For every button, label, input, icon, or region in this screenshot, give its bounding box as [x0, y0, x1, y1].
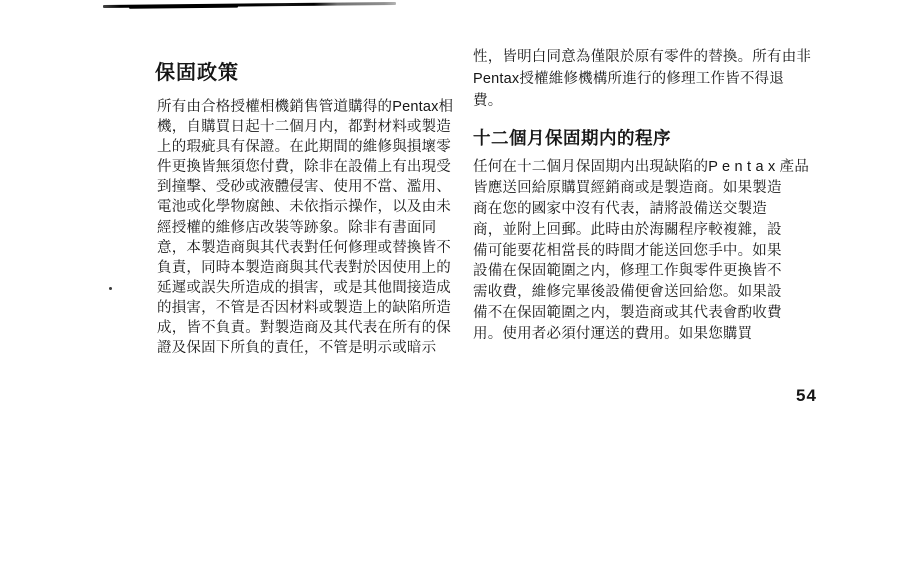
- twelve-month-procedure-paragraph: 任何在十二個月保固期内出現缺陷的P e n t a x 產品皆應送回給原購買經銷…: [473, 157, 809, 345]
- text-line: 意，本製造商與其代表對任何修理或替換皆不: [157, 238, 453, 258]
- text-line: 商，並附上回郵。此時由於海關程序較複雜，設: [473, 220, 809, 241]
- text-line: 任何在十二個月保固期内出現缺陷的P e n t a x 產品: [473, 157, 809, 178]
- text-line: 備可能要花相當長的時間才能送回您手中。如果: [473, 241, 809, 262]
- scanned-manual-page: 保固政策 所有由合格授權相機銷售管道購得的Pentax相機，自購買日起十二個月内…: [0, 0, 924, 576]
- text-line: 證及保固下所負的責任，不管是明示或暗示: [157, 338, 453, 358]
- text-line: 負責，同時本製造商與其代表對於因使用上的: [157, 258, 453, 278]
- text-line: 機，自購買日起十二個月内，都對材料或製造: [157, 117, 453, 137]
- text-line: 到撞擊、受砂或液體侵害、使用不當、濫用、: [157, 177, 453, 197]
- text-line: 皆應送回給原購買經銷商或是製造商。如果製造: [473, 178, 809, 199]
- text-line: 件更換皆無須您付費，除非在設備上有出現受: [157, 157, 453, 177]
- scan-artifact-line: [103, 2, 396, 8]
- text-line: 所有由合格授權相機銷售管道購得的Pentax相: [157, 97, 453, 117]
- text-line: 上的瑕疵具有保證。在此期間的維修與損壞零: [157, 137, 453, 157]
- text-line: 商在您的國家中沒有代表，請將設備送交製造: [473, 199, 809, 220]
- text-line: 成，皆不負責。對製造商及其代表在所有的保: [157, 318, 453, 338]
- text-line: 經授權的維修店改裝等跡象。除非有書面同: [157, 218, 453, 238]
- page-number: 54: [796, 386, 817, 406]
- warranty-policy-heading: 保固政策: [155, 56, 239, 85]
- text-line: 設備在保固範圍之内，修理工作與零件更換皆不: [473, 261, 809, 282]
- text-line: 用。使用者必須付運送的費用。如果您購買: [473, 324, 809, 345]
- text-line: 需收費，維修完畢後設備便會送回給您。如果設: [473, 282, 809, 303]
- warranty-policy-paragraph: 所有由合格授權相機銷售管道購得的Pentax相機，自購買日起十二個月内，都對材料…: [157, 97, 453, 358]
- text-line: 備不在保固範圍之内，製造商或其代表會酌收費: [473, 303, 809, 324]
- text-line: 延遲或誤失所造成的損害，或是其他間接造成: [157, 278, 453, 298]
- twelve-month-procedure-heading: 十二個月保固期内的程序: [473, 125, 671, 150]
- warranty-continuation-paragraph: 性，皆明白同意為僅限於原有零件的替換。所有由非Pentax授權維修機構所進行的修…: [473, 46, 811, 112]
- ink-speck: [109, 287, 112, 290]
- text-line: 性，皆明白同意為僅限於原有零件的替換。所有由非: [473, 46, 811, 68]
- text-line: 的損害，不管是否因材料或製造上的缺陷所造: [157, 298, 453, 318]
- text-line: 電池或化學物腐蝕、未依指示操作，以及由未: [157, 197, 453, 217]
- text-line: Pentax授權維修機構所進行的修理工作皆不得退: [473, 68, 811, 90]
- text-line: 費。: [473, 90, 811, 112]
